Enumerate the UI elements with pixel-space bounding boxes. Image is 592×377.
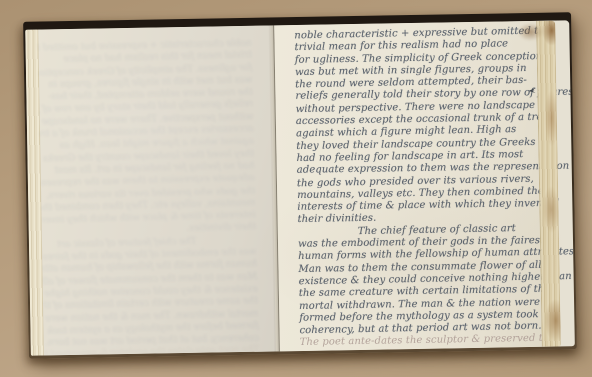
right-page-manuscript: noble characteristic + expressive but om… (274, 21, 561, 352)
corner-stain (517, 23, 543, 41)
photo-background: noble characteristic + expressive but om… (0, 0, 592, 377)
manuscript-lines: noble characteristic + expressive but om… (294, 26, 547, 351)
notebook-pages: noble characteristic + expressive but om… (25, 20, 575, 355)
left-page-blank: noble characteristic + expressive but om… (38, 25, 276, 355)
open-notebook: noble characteristic + expressive but om… (23, 12, 577, 359)
pen-tick-icon (527, 87, 536, 94)
bleedthrough-text: noble characteristic + expressive but om… (37, 25, 277, 356)
